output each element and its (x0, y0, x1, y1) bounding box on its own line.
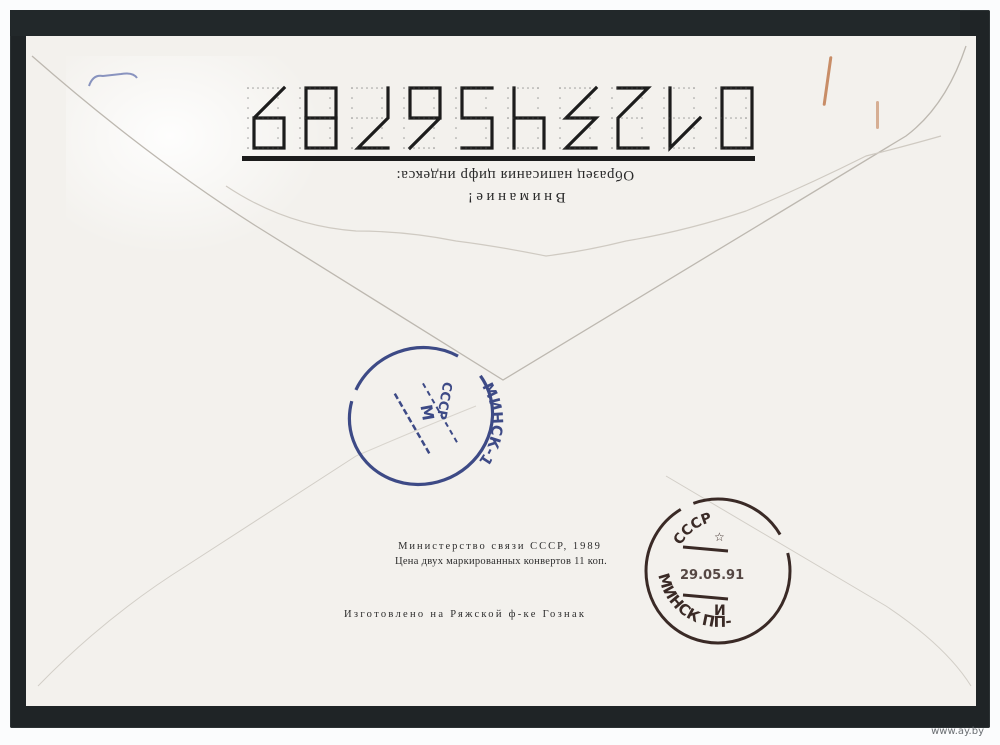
imprint-price: Цена двух маркированных конвертов 11 коп… (371, 556, 631, 567)
arrival-postmark-blue: МИНСК-1 СССР М (336, 336, 506, 496)
dark-backing-top-edge (10, 10, 960, 36)
envelope-back: Образец написания цифр индекса: Внимание… (26, 36, 976, 706)
imprint-ministry: Министерство связи СССР, 1989 (380, 541, 620, 552)
svg-text:М: М (416, 403, 437, 422)
svg-text:СССР: СССР (671, 510, 714, 548)
svg-text:☆: ☆ (714, 530, 725, 544)
imprint-manufacturer: Изготовлено на Ряжской ф-ке Гознак (344, 609, 664, 620)
pen-mark (81, 64, 151, 94)
attention-heading: Внимание! (40, 188, 976, 205)
brown-postmark-date: 29.05.91 (680, 568, 744, 583)
svg-text:И: И (714, 603, 726, 619)
departure-postmark-brown: МИНСК ПП- СССР 29.05.91 И ☆ (638, 491, 798, 651)
postcode-sample-digits (240, 76, 760, 156)
watermark: www.ay.by (931, 726, 984, 737)
brown-postmark-country: СССР (671, 510, 714, 548)
postcode-underline (242, 156, 755, 161)
blue-postmark-city: МИНСК-1 (452, 379, 506, 473)
svg-text:МИНСК-1: МИНСК-1 (452, 379, 506, 473)
rust-stain (876, 101, 879, 129)
postcode-caption: Образец написания цифр индекса: (40, 166, 976, 183)
